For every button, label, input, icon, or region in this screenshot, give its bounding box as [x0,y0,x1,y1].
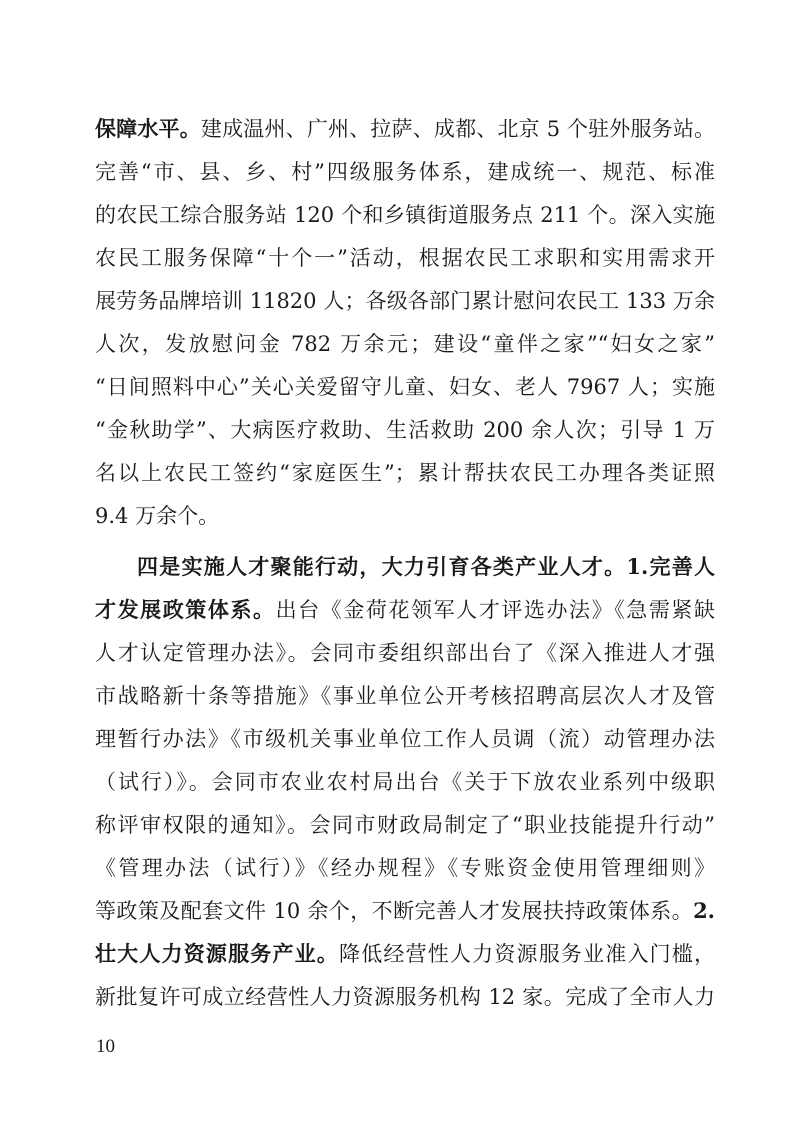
section-heading-line: 四是实施人才聚能行动，大力引育各类产业人才。1.完善人 [137,552,715,582]
text-line-8: “金秋助学”、大病医疗救助、生活救助 200 余人次；引导 1 万 [95,415,715,445]
bold-phrase: 壮大人力资源服务产业。 [95,941,339,966]
text-line-2: 完善“市、县、乡、村”四级服务体系，建成统一、规范、标准 [95,157,715,187]
line-text: “金秋助学”、大病医疗救助、生活救助 200 余人次；引导 1 万 [95,418,715,442]
line-text: 称评审权限的通知》。会同市财政局制定了“职业技能提升行动” [95,813,715,837]
line-text: 的农民工综合服务站 120 个和乡镇街道服务点 211 个。深入实施 [95,203,715,227]
text-line-15: 理暂行办法》《市级机关事业单位工作人员调（流）动管理办法 [95,724,715,754]
section-heading: 四是实施人才聚能行动，大力引育各类产业人才。1.完善人 [137,554,715,579]
line-text: 人次，发放慰问金 782 万余元；建设“童伴之家”“妇女之家” [95,332,715,356]
text-line-18: 《管理办法（试行）》《经办规程》《专账资金使用管理细则》 [95,853,715,883]
line-text: 名以上农民工签约“家庭医生”；累计帮扶农民工办理各类证照 [95,461,715,485]
text-line-4: 农民工服务保障“十个一”活动，根据农民工求职和实用需求开 [95,243,715,273]
line-text: 理暂行办法》《市级机关事业单位工作人员调（流）动管理办法 [95,727,715,751]
text-line-3: 的农民工综合服务站 120 个和乡镇街道服务点 211 个。深入实施 [95,200,715,230]
text-line-1: 保障水平。建成温州、广州、拉萨、成都、北京 5 个驻外服务站。 [95,114,715,144]
line-text: 展劳务品牌培训 11820 人；各级各部门累计慰问农民工 133 万余 [95,289,715,313]
text-line-12: 才发展政策体系。出台《金荷花领军人才评选办法》《急需紧缺 [95,595,715,625]
line-text: 完善“市、县、乡、村”四级服务体系，建成统一、规范、标准 [95,160,715,184]
bold-phrase: 才发展政策体系。 [95,597,276,622]
line-text: 等政策及配套文件 10 余个，不断完善人才发展扶持政策体系。 [95,899,693,923]
page-number: 10 [96,1036,115,1058]
text-line-20: 壮大人力资源服务产业。降低经营性人力资源服务业准入门槛， [95,939,715,969]
line-text: 市战略新十条等措施》《事业单位公开考核招聘高层次人才及管 [95,684,715,708]
line-text: 人才认定管理办法》。会同市委组织部出台了《深入推进人才强 [95,641,715,665]
line-text: 新批复许可成立经营性人力资源服务机构 12 家。完成了全市人力 [95,985,715,1009]
text-line-16: （试行）》。会同市农业农村局出台《关于下放农业系列中级职 [95,767,715,797]
text-line-19: 等政策及配套文件 10 余个，不断完善人才发展扶持政策体系。2. [95,896,715,926]
line-text: 《管理办法（试行）》《经办规程》《专账资金使用管理细则》 [95,856,715,880]
line-text: （试行）》。会同市农业农村局出台《关于下放农业系列中级职 [95,770,715,794]
bold-tail: 2. [693,898,715,923]
line-text: 建成温州、广州、拉萨、成都、北京 5 个驻外服务站。 [201,117,715,141]
line-text: “日间照料中心”关心关爱留守儿童、妇女、老人 7967 人；实施 [95,375,715,399]
line-text: 降低经营性人力资源服务业准入门槛， [339,942,715,966]
document-page: 保障水平。建成温州、广州、拉萨、成都、北京 5 个驻外服务站。 完善“市、县、乡… [0,0,793,1122]
text-line-6: 人次，发放慰问金 782 万余元；建设“童伴之家”“妇女之家” [95,329,715,359]
text-line-9: 名以上农民工签约“家庭医生”；累计帮扶农民工办理各类证照 [95,458,715,488]
bold-phrase: 保障水平。 [95,116,201,141]
line-text: 9.4 万余个。 [95,504,219,528]
line-text: 出台《金荷花领军人才评选办法》《急需紧缺 [276,598,715,622]
text-line-21: 新批复许可成立经营性人力资源服务机构 12 家。完成了全市人力 [95,982,715,1012]
text-line-7: “日间照料中心”关心关爱留守儿童、妇女、老人 7967 人；实施 [95,372,715,402]
text-line-14: 市战略新十条等措施》《事业单位公开考核招聘高层次人才及管 [95,681,715,711]
text-line-5: 展劳务品牌培训 11820 人；各级各部门累计慰问农民工 133 万余 [95,286,715,316]
text-line-10: 9.4 万余个。 [95,501,715,531]
text-line-13: 人才认定管理办法》。会同市委组织部出台了《深入推进人才强 [95,638,715,668]
line-text: 农民工服务保障“十个一”活动，根据农民工求职和实用需求开 [95,246,715,270]
text-line-17: 称评审权限的通知》。会同市财政局制定了“职业技能提升行动” [95,810,715,840]
